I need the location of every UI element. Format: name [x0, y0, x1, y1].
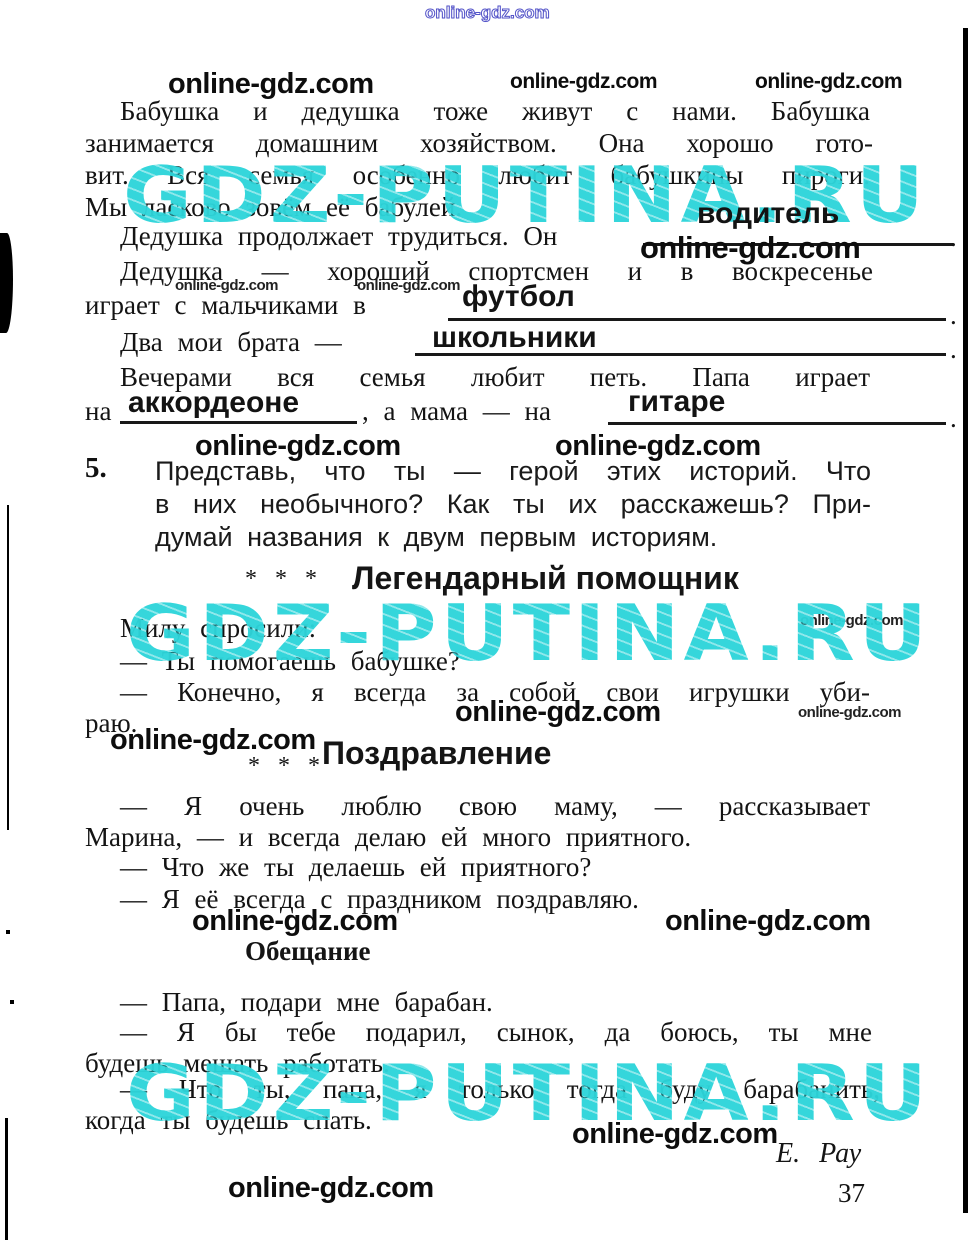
scan-line: [7, 505, 9, 830]
author-credit: Е. Рау: [776, 1138, 861, 1170]
watermark-online-gdz: online-gdz.com: [357, 277, 460, 294]
answer-accordion: аккордеоне: [128, 386, 299, 420]
watermark-gdz-putina: GDZ-PUTINA.RU: [126, 600, 931, 666]
period: .: [950, 334, 957, 365]
answer-blank: [120, 421, 357, 424]
watermark-online-gdz: online-gdz.com: [195, 430, 401, 463]
period: .: [950, 403, 957, 434]
page-number: 37: [838, 1178, 865, 1209]
watermark-online-gdz: online-gdz.com: [510, 70, 657, 94]
watermark-online-gdz-top: online-gdz.com: [425, 3, 550, 23]
scan-line: [5, 1118, 8, 1240]
watermark-online-gdz: online-gdz.com: [798, 704, 901, 721]
watermark-online-gdz: online-gdz.com: [110, 724, 316, 757]
body-line: Марина, — и всегда делаю ей много приятн…: [85, 822, 691, 852]
watermark-gdz-putina: GDZ-PUTINA.RU: [126, 1060, 931, 1126]
period: .: [950, 300, 957, 331]
body-line: Два мои брата —: [120, 327, 342, 357]
stars-separator: * * *: [248, 753, 326, 780]
answer-blank: [608, 422, 946, 425]
watermark-online-gdz: online-gdz.com: [168, 68, 374, 101]
story2-title: Поздравление: [322, 735, 551, 772]
scan-blob: [0, 233, 13, 333]
watermark-online-gdz: online-gdz.com: [665, 905, 871, 938]
scan-speck: [10, 1000, 14, 1004]
exercise-line: думай названия к двум первым историям.: [155, 522, 717, 553]
body-line: — Что же ты делаешь ей приятного?: [120, 852, 591, 882]
watermark-online-gdz: online-gdz.com: [555, 430, 761, 463]
scan-speck: [6, 930, 10, 934]
story3-title: Обещание: [245, 936, 371, 967]
body-line: — Я бы тебе подарил, сынок, да боюсь, ты…: [120, 1017, 872, 1047]
scanned-workbook-page: online-gdz.com online-gdz.com online-gdz…: [0, 0, 969, 1251]
scan-edge-bar: [963, 28, 968, 1213]
body-line: занимается домашним хозяйством. Она хоро…: [85, 128, 873, 158]
body-line: — Я очень люблю свою маму, — рассказывае…: [120, 791, 870, 821]
body-line: на: [85, 396, 111, 426]
stars-separator: * * *: [245, 566, 323, 593]
body-line: — Папа, подари мне барабан.: [120, 987, 493, 1017]
exercise-line: в них необычного? Как ты их расскажешь? …: [155, 489, 871, 520]
watermark-online-gdz: online-gdz.com: [755, 70, 902, 94]
watermark-online-gdz: online-gdz.com: [455, 696, 661, 729]
answer-schoolboys: школьники: [432, 321, 597, 355]
answer-football: футбол: [462, 280, 575, 314]
watermark-online-gdz: online-gdz.com: [192, 905, 398, 938]
answer-driver: водитель: [697, 197, 839, 231]
period: .: [950, 222, 957, 253]
answer-guitar: гитаре: [628, 385, 725, 419]
story1-title: Легендарный помощник: [352, 560, 739, 597]
watermark-online-gdz: online-gdz.com: [640, 230, 860, 266]
body-line: , а мама — на: [362, 396, 551, 426]
exercise-number: 5.: [85, 452, 107, 485]
watermark-online-gdz: online-gdz.com: [228, 1172, 434, 1205]
watermark-online-gdz: online-gdz.com: [175, 277, 278, 294]
body-line: играет с мальчиками в: [85, 290, 366, 320]
